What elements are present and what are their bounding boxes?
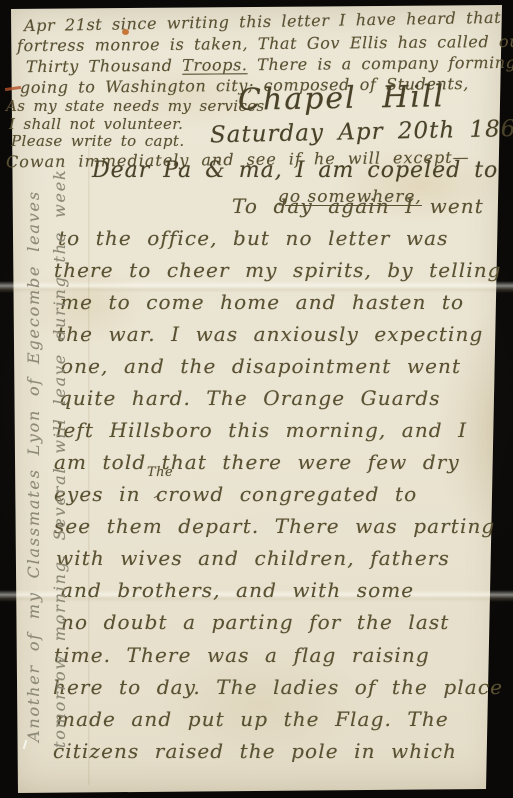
heading-date: Saturday Apr 20th 1861	[210, 118, 513, 148]
addendum-text: Thirty Thousand	[26, 56, 182, 76]
body-line: quite hard. The Orange Guards	[59, 388, 441, 408]
addendum-line: I shall not volunteer.	[9, 117, 183, 132]
margin-note-line: Another of my Classmates Lyon of Egecomb…	[26, 190, 42, 742]
body-line: with wives and children, fathers	[56, 548, 450, 568]
body-line: and brothers, and with some	[61, 580, 414, 600]
addendum-line: Thirty Thousand Troops. There is a compa…	[26, 55, 513, 75]
salutation: Dear Pa & ma, I am copeled to	[92, 160, 498, 182]
body-line: to the office, but no letter was	[58, 228, 448, 248]
addendum-line: Please write to capt.	[11, 134, 185, 149]
body-line: here to day. The ladies of the place	[53, 677, 503, 697]
body-line: citizens raised the pole in which	[53, 741, 457, 761]
insertion-caret: ^	[151, 495, 161, 506]
body-line: me to come home and hasten to	[60, 292, 464, 312]
scanned-letter: Apr 21st since writing this letter I hav…	[0, 0, 513, 798]
body-line: see them depart. There was parting	[54, 516, 495, 536]
addendum-line: As my state needs my services	[6, 99, 265, 114]
body-line: no doubt a parting for the last	[61, 612, 449, 632]
body-line: the war. I was anxiously expecting	[57, 324, 483, 344]
margin-note-line: tomorrow morning. Several will leave dur…	[52, 168, 68, 748]
addendum-text: There is a company forming	[247, 53, 513, 74]
body-line: am told that there were few dry	[54, 452, 460, 472]
body-line: left Hillsboro this morning, and I	[56, 420, 467, 440]
interline-insertion: The	[147, 466, 173, 479]
body-line: time. There was a flag raising	[54, 645, 430, 665]
addendum-line: fortress monroe is taken, That Gov Ellis…	[17, 34, 513, 54]
body-line: one, and the disapointment went	[61, 356, 461, 376]
addendum-underlined-word: Troops.	[182, 55, 247, 75]
heading-place: Chapel Hill	[238, 82, 446, 116]
body-line: To day again I went	[232, 196, 484, 216]
body-line: made and put up the Flag. The	[56, 709, 449, 729]
body-line: there to cheer my spirits, by telling	[54, 260, 502, 280]
body-line: eyes in crowd congregated to	[54, 484, 417, 504]
